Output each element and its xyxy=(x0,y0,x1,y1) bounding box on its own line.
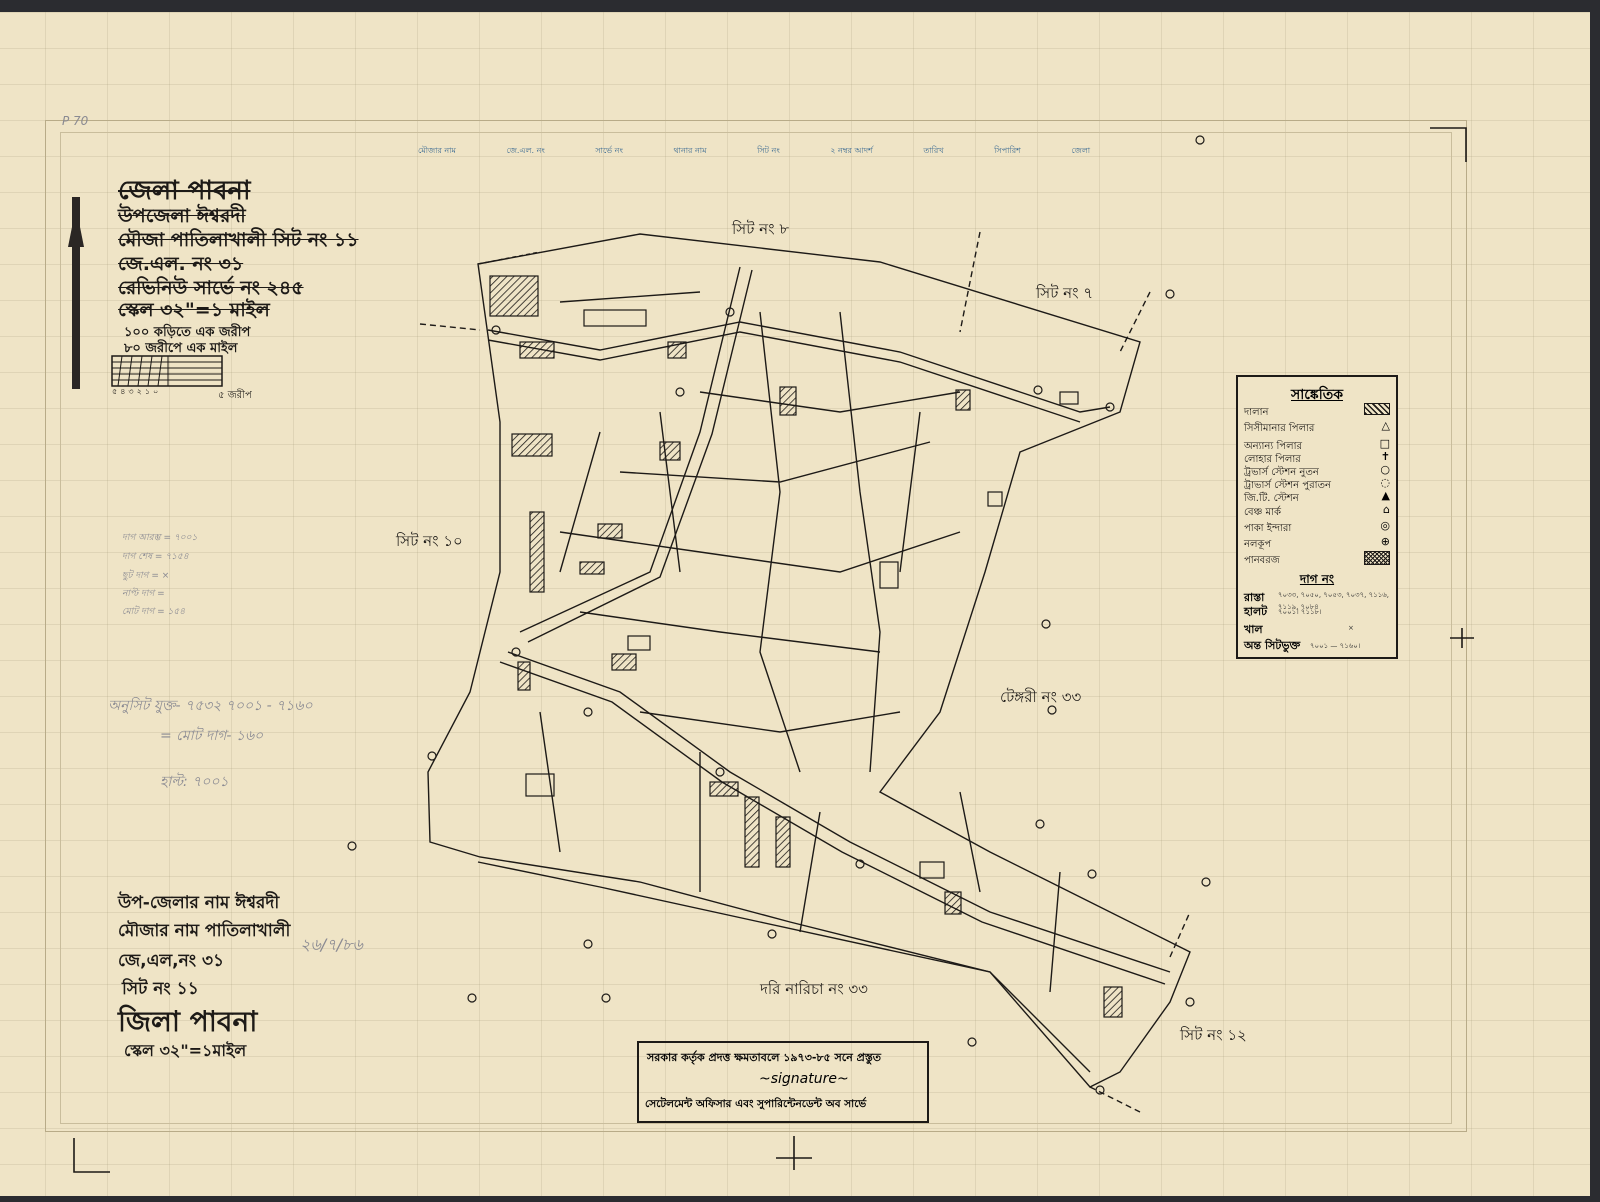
certificate-box: সরকার কর্তৃক প্রদত্ত ক্ষমতাবলে ১৯৭৩-৮৫ স… xyxy=(637,1041,929,1123)
legend-item: দালান xyxy=(1244,405,1268,422)
gt-station-triangle-icon: ▲ xyxy=(1382,489,1390,502)
tubewell-circle-cross-icon: ⊕ xyxy=(1381,535,1390,548)
iron-pillar-cross-icon: ✝ xyxy=(1381,450,1390,463)
map-sheet: P 70 মৌজার নাম জে.এল. নং সার্ভে নং থানার… xyxy=(0,12,1590,1196)
legend-item: নলকূপ xyxy=(1244,537,1271,554)
legend-item: সিসীমানার পিলার xyxy=(1244,421,1314,438)
officer-signature: ~signature~ xyxy=(759,1071,849,1087)
legend-box: সাঙ্কেতিক দালান সিসীমানার পিলার △ অন্যান… xyxy=(1236,375,1398,659)
legend-plot-note-label: অন্ত সিটভুক্ত xyxy=(1244,637,1300,656)
legend-item: পাকা ইন্দারা xyxy=(1244,521,1291,538)
legend-plot-note-value: ৭০০১ — ৭১৬০। xyxy=(1310,640,1360,652)
well-double-circle-icon: ◎ xyxy=(1380,519,1390,532)
legend-plot-note-value: ৭০০১। ৭১১৮। xyxy=(1278,606,1322,618)
circle-dot-station-icon: ◌ xyxy=(1380,476,1390,489)
legend-plot-note-label: হালট xyxy=(1244,603,1267,622)
triangle-pillar-icon: △ xyxy=(1382,419,1390,432)
legend-section-title: দাগ নং xyxy=(1238,571,1396,591)
legend-item: পানবরজ xyxy=(1244,553,1280,570)
certificate-line-2: সেটেলমেন্ট অফিসার এবং সুপারিন্টেনডেন্ট অ… xyxy=(645,1097,866,1114)
legend-item: বেঞ্চ মার্ক xyxy=(1244,505,1281,522)
square-pillar-icon: □ xyxy=(1380,437,1390,450)
bench-mark-icon: ⌂ xyxy=(1383,503,1390,516)
legend-plot-note-value: × xyxy=(1348,624,1354,632)
betel-garden-crosshatch-icon xyxy=(1364,551,1390,565)
circle-station-icon: ○ xyxy=(1380,463,1390,476)
hatched-building-icon xyxy=(1364,403,1390,415)
certificate-line-1: সরকার কর্তৃক প্রদত্ত ক্ষমতাবলে ১৯৭৩-৮৫ স… xyxy=(647,1049,881,1068)
